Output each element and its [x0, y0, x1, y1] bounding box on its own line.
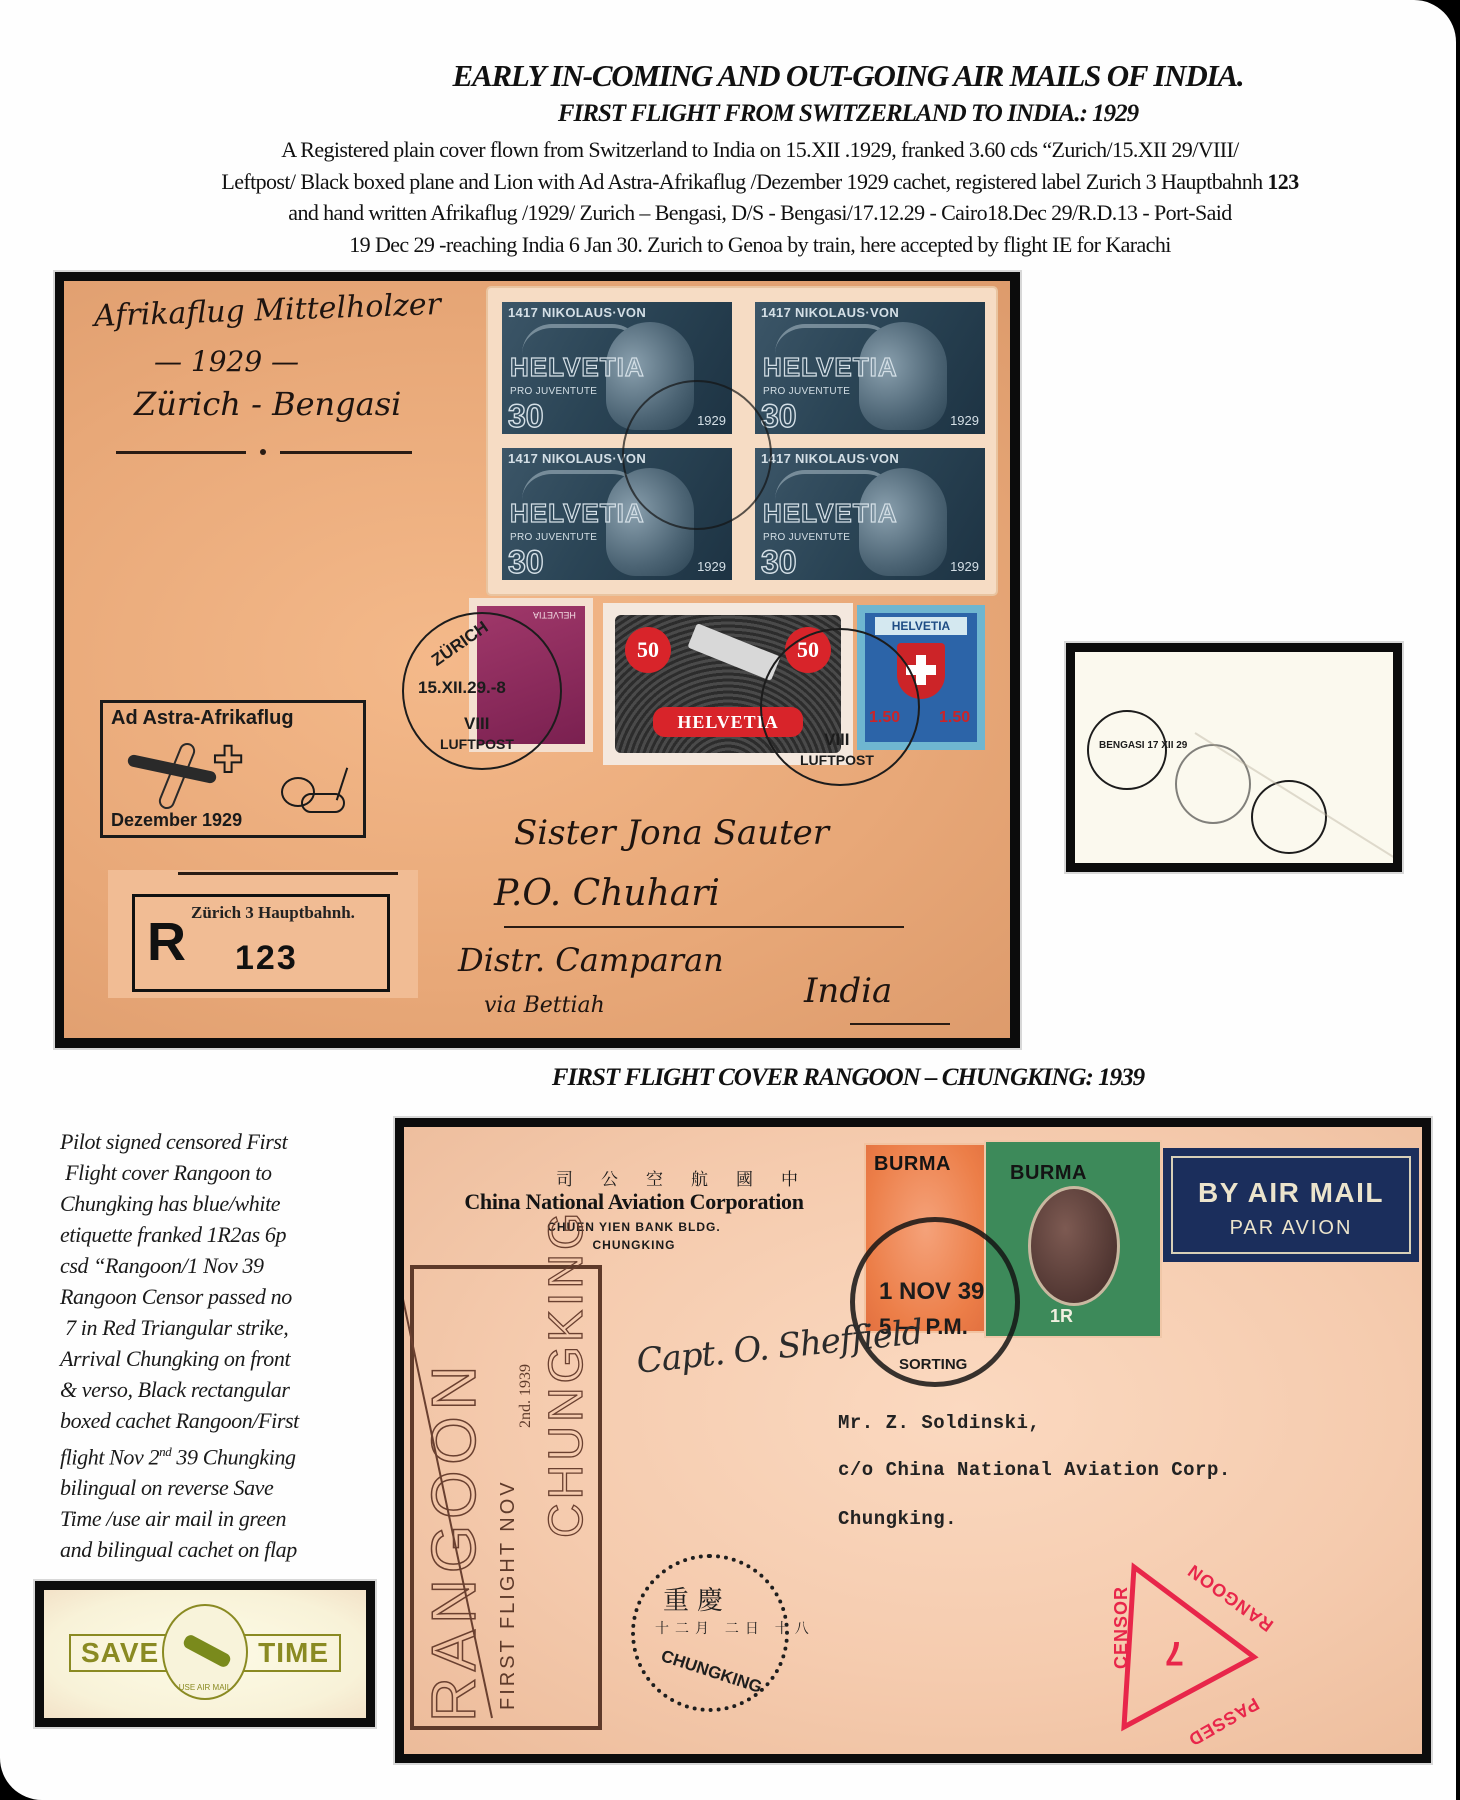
save-time-label: SAVE TIME USE AIR MAIL — [44, 1590, 366, 1718]
description-line: Chungking has blue/white — [60, 1188, 390, 1219]
description-line: A Registered plain cover flown from Swit… — [80, 134, 1440, 166]
address-line-3: Distr. Camparan — [458, 941, 724, 979]
description-line: Pilot signed censored First — [60, 1126, 390, 1157]
label-torn-edge — [178, 872, 398, 875]
address-line-5: India — [804, 971, 892, 1011]
manuscript-underline — [280, 451, 412, 454]
description-line: boxed cachet Rangoon/First — [60, 1405, 390, 1436]
description-line: & verso, Black rectangular — [60, 1374, 390, 1405]
rangoon-chungking-cover-mount: 中國航空公司 China National Aviation Corporati… — [395, 1118, 1431, 1763]
address-line-4: via Bettiah — [484, 993, 605, 1018]
description-line: bilingual on reverse Save — [60, 1472, 390, 1503]
verso-thumbnail: BENGASI 17 XII 29 — [1075, 652, 1393, 863]
section1-description: A Registered plain cover flown from Swit… — [80, 134, 1440, 260]
description-line: csd “Rangoon/1 Nov 39 — [60, 1250, 390, 1281]
verso-thumbnail-mount: BENGASI 17 XII 29 — [1066, 643, 1402, 872]
pro-juventute-stamp-block: 1417 NIKOLAUS·VON HELVETIA PRO JUVENTUTE… — [488, 288, 996, 594]
manuscript-dot — [260, 449, 266, 455]
manuscript-underline — [116, 451, 246, 454]
manuscript-line-1: Afrikaflug Mittelholzer — [93, 287, 441, 334]
zurich-postmark — [622, 380, 772, 530]
address-underline — [850, 1023, 950, 1025]
description-line: and hand written Afrikaflug /1929/ Zuric… — [80, 197, 1440, 229]
rangoon-chungking-envelope: 中國航空公司 China National Aviation Corporati… — [404, 1127, 1422, 1754]
airplane-icon — [182, 1633, 233, 1669]
description-line: flight Nov 2nd 39 Chungking — [60, 1436, 390, 1472]
stamp-nikolaus-von-flue: 1417 NIKOLAUS·VON HELVETIA PRO JUVENTUTE… — [755, 448, 985, 580]
pilot-signature: Capt. O. Sheffield — [635, 1312, 925, 1382]
letterhead-name: China National Aviation Corporation — [404, 1189, 864, 1215]
airplane-icon — [117, 745, 227, 805]
description-line: Leftpost/ Black boxed plane and Lion wit… — [80, 166, 1440, 198]
registration-label: R Zürich 3 Hauptbahnh. 123 — [108, 870, 418, 998]
letterhead-chinese: 中國航空公司 — [526, 1165, 826, 1190]
save-word: SAVE — [81, 1637, 159, 1669]
description-line: 7 in Red Triangular strike, — [60, 1312, 390, 1343]
luftpost-postmark-1: ZÜRICH 15.XII.29.-8 VIII LUFTPOST — [402, 612, 562, 770]
rangoon-censor-triangle: CENSOR RANGOON PASSED 7 — [1084, 1547, 1304, 1754]
air-mail-etiquette: BY AIR MAIL PAR AVION — [1163, 1148, 1419, 1262]
description-line: Time /use air mail in green — [60, 1503, 390, 1534]
page-title: EARLY IN-COMING AND OUT-GOING AIR MAILS … — [0, 58, 1456, 94]
description-line: Arrival Chungking on front — [60, 1343, 390, 1374]
description-line: etiquette franked 1R2as 6p — [60, 1219, 390, 1250]
description-line: and bilingual cachet on flap — [60, 1534, 390, 1565]
album-page: EARLY IN-COMING AND OUT-GOING AIR MAILS … — [0, 0, 1456, 1800]
section1-heading: FIRST FLIGHT FROM SWITZERLAND TO INDIA.:… — [0, 100, 1456, 128]
save-time-label-mount: SAVE TIME USE AIR MAIL — [35, 1581, 375, 1727]
rangoon-first-flight-cachet: RANGOON FIRST FLIGHT NOV 2nd. 1939 CHUNG… — [410, 1265, 602, 1730]
address-line-3: Chungking. — [838, 1508, 957, 1530]
address-line-2: c/o China National Aviation Corp. — [838, 1459, 1231, 1481]
swiss-cover-envelope: Afrikaflug Mittelholzer — 1929 — Zürich … — [64, 281, 1010, 1038]
ad-astra-cachet: Ad Astra-Afrikaflug ✚ Dezember 1929 — [100, 700, 366, 838]
time-word: TIME — [258, 1637, 329, 1669]
registration-letter: R — [147, 911, 186, 973]
description-line: 19 Dec 29 -reaching India 6 Jan 30. Zuri… — [80, 229, 1440, 261]
swiss-cross-icon: ✚ — [213, 739, 243, 781]
bengasi-postmark: BENGASI 17 XII 29 — [1087, 710, 1167, 790]
luftpost-postmark-2: VIII LUFTPOST — [760, 628, 920, 786]
rangoon-postmark: 1 NOV 39 5 — P.M. SORTING — [850, 1217, 1020, 1387]
air-mail-emblem: USE AIR MAIL — [162, 1604, 248, 1700]
description-line: Rangoon Censor passed no — [60, 1281, 390, 1312]
section2-description: Pilot signed censored First Flight cover… — [60, 1126, 390, 1565]
address-underline — [504, 926, 904, 928]
address-line-1: Mr. Z. Soldinski, — [838, 1412, 1040, 1434]
swiss-cover-mount: Afrikaflug Mittelholzer — 1929 — Zürich … — [55, 272, 1020, 1048]
king-portrait-icon — [1028, 1186, 1120, 1306]
registration-number: 123 — [235, 939, 298, 978]
address-line-1: Sister Jona Sauter — [514, 813, 829, 853]
registration-number-bold: 123 — [1267, 169, 1298, 194]
letterhead-address: CHUEN YIEN BANK BLDG. — [404, 1220, 864, 1234]
section2-heading: FIRST FLIGHT COVER RANGOON – CHUNGKING: … — [0, 1064, 1456, 1092]
registration-office: Zürich 3 Hauptbahnh. — [191, 903, 355, 923]
manuscript-line-2: — 1929 — — [154, 345, 299, 378]
description-line: Flight cover Rangoon to — [60, 1157, 390, 1188]
cairo-postmark — [1175, 744, 1251, 824]
address-line-2: P.O. Chuhari — [494, 873, 720, 914]
chungking-arrival-postmark: 重慶 十二月 二日 十八 CHUNGKING — [631, 1554, 789, 1712]
letterhead-city: CHUNGKING — [404, 1238, 864, 1252]
manuscript-line-3: Zürich - Bengasi — [134, 385, 401, 423]
lion-icon — [271, 773, 351, 831]
stamp-nikolaus-von-flue: 1417 NIKOLAUS·VON HELVETIA PRO JUVENTUTE… — [755, 302, 985, 434]
